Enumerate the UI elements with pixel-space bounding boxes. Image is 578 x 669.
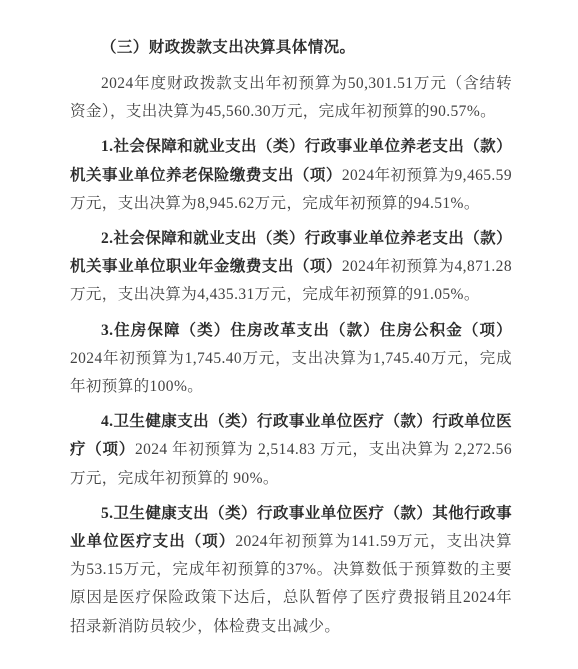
document-page: （三）财政拨款支出决算具体情况。 2024年度财政拨款支出年初预算为50,301… [0, 0, 578, 669]
intro-paragraph-text: 2024年度财政拨款支出年初预算为50,301.51万元（含结转资金），支出决算… [70, 75, 512, 120]
item-4-body: 2024 年初预算为 2,514.83 万元，支出决算为 2,272.56 万元… [70, 441, 512, 486]
item-paragraph-2: 2.社会保障和就业支出（类）行政事业单位养老支出（款）机关事业单位职业年金缴费支… [70, 225, 512, 310]
item-paragraph-4: 4.卫生健康支出（类）行政事业单位医疗（款）行政单位医疗（项）2024 年初预算… [70, 408, 512, 493]
item-3-label: 3.住房保障（类）住房改革支出（款）住房公积金（项） [101, 322, 512, 339]
section-heading: （三）财政拨款支出决算具体情况。 [70, 34, 512, 62]
item-3-body: 2024年初预算为1,745.40万元，支出决算为1,745.40万元，完成年初… [70, 350, 512, 395]
intro-paragraph: 2024年度财政拨款支出年初预算为50,301.51万元（含结转资金），支出决算… [70, 70, 512, 126]
item-paragraph-1: 1.社会保障和就业支出（类）行政事业单位养老支出（款）机关事业单位养老保险缴费支… [70, 133, 512, 218]
item-paragraph-3: 3.住房保障（类）住房改革支出（款）住房公积金（项）2024年初预算为1,745… [70, 317, 512, 402]
item-paragraph-5: 5.卫生健康支出（类）行政事业单位医疗（款）其他行政事业单位医疗支出（项）202… [70, 500, 512, 641]
